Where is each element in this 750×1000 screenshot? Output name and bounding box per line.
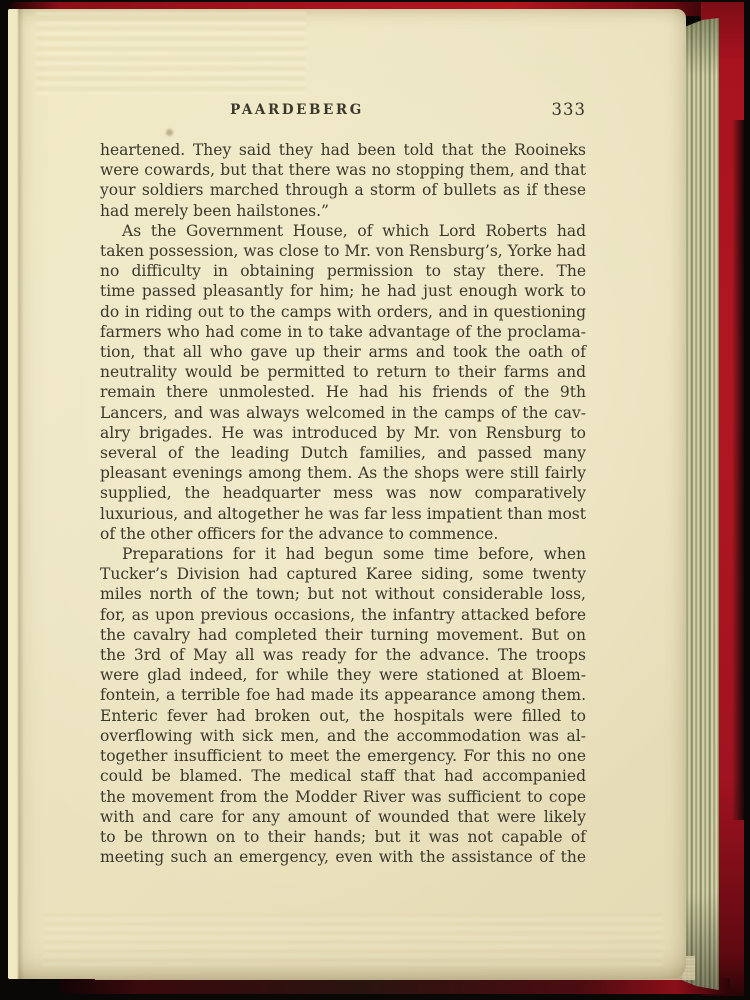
text-line: the 3rd of May all was ready for the adv… bbox=[100, 645, 586, 665]
text-line: your soldiers marched through a storm of… bbox=[100, 180, 586, 200]
page-texture-bottom bbox=[43, 914, 663, 969]
text-line: fontein, a terrible foe had made its app… bbox=[100, 685, 586, 705]
text-line: miles north of the town; but not without… bbox=[100, 584, 586, 604]
fore-edge-page-stack bbox=[682, 18, 719, 990]
text-line: of the other officers for the advance to… bbox=[100, 524, 586, 544]
text-line: As the Government House, of which Lord R… bbox=[100, 221, 586, 241]
page-number: 333 bbox=[552, 100, 587, 119]
text-line: luxurious, and altogether he was far les… bbox=[100, 504, 586, 524]
text-line: could be blamed. The medical staff that … bbox=[100, 766, 586, 786]
book-page: PAARDEBERG 333 heartened. They said they… bbox=[8, 9, 686, 979]
text-line: together insufficient to meet the emerge… bbox=[100, 746, 586, 766]
text-line: were glad indeed, for while they were st… bbox=[100, 665, 586, 685]
page-speck bbox=[166, 129, 173, 136]
page-gutter-edge bbox=[8, 9, 34, 979]
text-line: several of the leading Dutch families, a… bbox=[100, 443, 586, 463]
text-line: tion, that all who gave up their arms an… bbox=[100, 342, 586, 362]
text-line: the movement from the Modder River was s… bbox=[100, 787, 586, 807]
text-line: were cowards, but that there was no stop… bbox=[100, 160, 586, 180]
text-line: Enteric fever had broken out, the hospit… bbox=[100, 706, 586, 726]
book-cover-bottom-edge bbox=[60, 978, 730, 994]
text-line: remain there unmolested. He had his frie… bbox=[100, 382, 586, 402]
text-line: overflowing with sick men, and the accom… bbox=[100, 726, 586, 746]
text-line: with and care for any amount of wounded … bbox=[100, 807, 586, 827]
page-texture-top bbox=[36, 12, 306, 97]
text-line: supplied, the headquarter mess was now c… bbox=[100, 483, 586, 503]
scanned-book-photo: PAARDEBERG 333 heartened. They said they… bbox=[0, 0, 750, 1000]
text-line: Lancers, and was always welcomed in the … bbox=[100, 403, 586, 423]
text-line: heartened. They said they had been told … bbox=[100, 140, 586, 160]
text-line: farmers who had come in to take advantag… bbox=[100, 322, 586, 342]
page-text: heartened. They said they had been told … bbox=[100, 140, 586, 867]
text-line: the cavalry had completed their turning … bbox=[100, 625, 586, 645]
running-head: PAARDEBERG 333 bbox=[100, 102, 586, 124]
text-line: had merely been hailstones.” bbox=[100, 201, 586, 221]
book-cover-shadow bbox=[732, 120, 750, 820]
text-line: Preparations for it had begun some time … bbox=[100, 544, 586, 564]
text-line: neutrality would be permitted to return … bbox=[100, 362, 586, 382]
text-line: to be thrown on to their hands; but it w… bbox=[100, 827, 586, 847]
text-line: alry brigades. He was introduced by Mr. … bbox=[100, 423, 586, 443]
text-line: for, as upon previous occasions, the inf… bbox=[100, 605, 586, 625]
text-line: Tucker’s Division had captured Karee sid… bbox=[100, 564, 586, 584]
chapter-running-title: PAARDEBERG bbox=[54, 102, 540, 118]
text-line: taken possession, was close to Mr. von R… bbox=[100, 241, 586, 261]
text-line: time passed pleasantly for him; he had j… bbox=[100, 281, 586, 301]
text-line: meeting such an emergency, even with the… bbox=[100, 847, 586, 867]
text-line: pleasant evenings among them. As the sho… bbox=[100, 463, 586, 483]
text-line: no difficulty in obtaining permission to… bbox=[100, 261, 586, 281]
text-line: do in riding out to the camps with order… bbox=[100, 302, 586, 322]
